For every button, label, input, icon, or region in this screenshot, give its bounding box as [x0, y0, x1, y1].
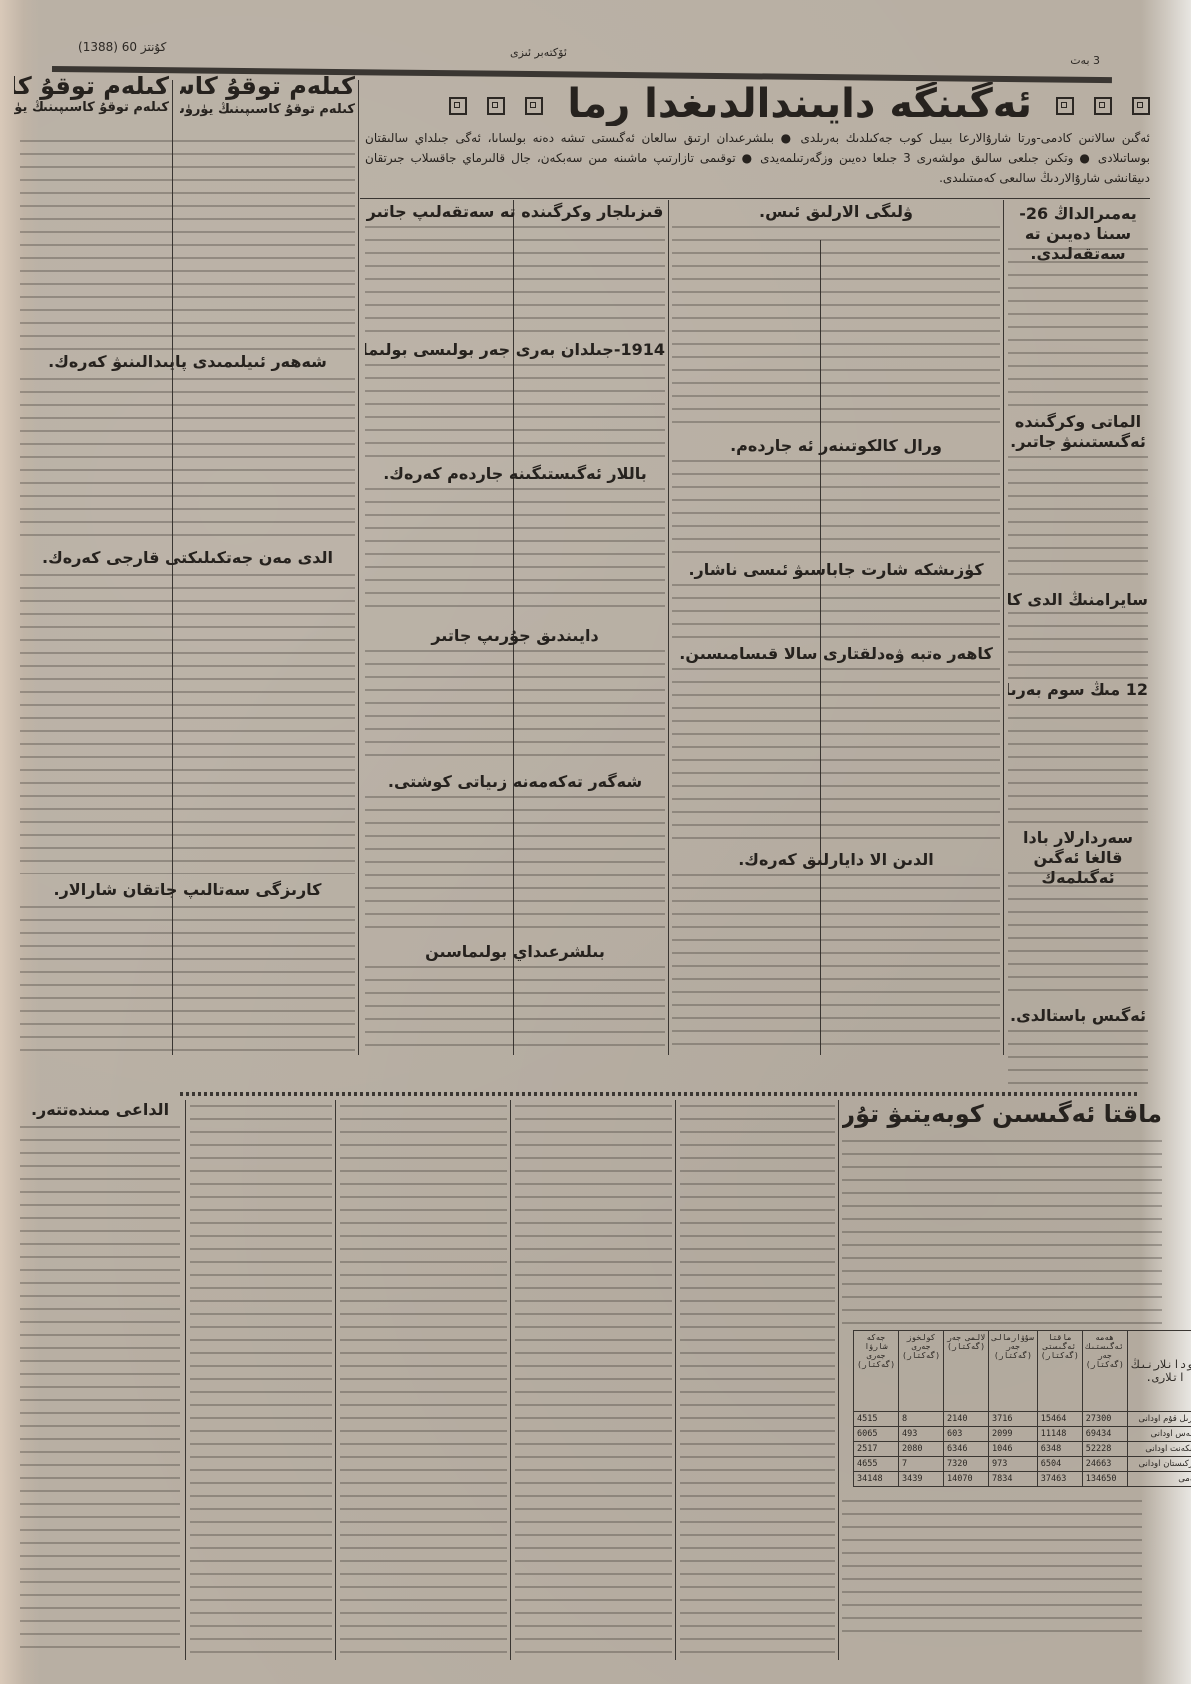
column-header: كولخوز جەرى (گەكتار) [899, 1331, 944, 1412]
article-body [672, 874, 1000, 1054]
row-label: قىزىل قۇم اودانى [1127, 1412, 1191, 1427]
ornament-box-icon [525, 97, 543, 115]
ornament-box-icon [1094, 97, 1112, 115]
column-divider [668, 200, 669, 1055]
article-body [672, 226, 1000, 431]
paper-name: ئۆكتەبر ئىزى [510, 46, 567, 59]
banner-summary: ئەگىن سالانىن كادمى-ورتا شارۇالارعا بىيى… [365, 128, 1150, 194]
ornament-box-icon [487, 97, 505, 115]
article-body [1008, 612, 1148, 682]
column-divider [838, 1100, 839, 1660]
column-divider [185, 1100, 186, 1660]
column-header: جەكە شارۋا جەرى (گەكتار) [854, 1331, 899, 1412]
table-row: 6065 493 603 2099 11148 69434 كىلەس اودا… [854, 1427, 1191, 1442]
article-body [190, 1105, 332, 1655]
article-heading: كارىزگى سەتالىپ جاتقان شارالار. [20, 880, 355, 900]
column-header: ھەمە ئەگىستىك جەر (گەكتار) [1082, 1331, 1127, 1412]
newspaper-page: كۇنتز 60 (1388) ئۆكتەبر ئىزى 3 بەت ئەگىن… [0, 0, 1191, 1684]
column-divider [1003, 200, 1004, 1055]
article-body [20, 378, 355, 538]
article-heading: كاھەر ەتبە ۋەدلقتارى سالا قىسامىسىن. [672, 644, 1000, 664]
article-body [672, 668, 1000, 843]
article-body [1008, 872, 1148, 1002]
article-body [365, 796, 665, 936]
article-body [365, 364, 665, 459]
row-label: كىلەس اودانى [1127, 1427, 1191, 1442]
article-heading: الدىن الا دايارلىق كەرەك. [672, 850, 1000, 870]
article-carpet: كىلەم توقۇ كاسىبى. كىلەم توقۇ كاسىپىنىڭ … [180, 72, 355, 120]
column-header: لالمى جەر (گەكتار) [944, 1331, 989, 1412]
column-divider [358, 80, 359, 1055]
article-body [20, 140, 355, 350]
section-divider-wavy [180, 1092, 1140, 1096]
article-body [365, 488, 665, 618]
article-body [680, 1105, 835, 1655]
page-number: 3 بەت [1070, 54, 1100, 67]
banner-title: ئەگىنگە دايىندالدىغدا رما [567, 82, 1032, 126]
article-heading: شەھەر ئىيلىمىدى پايىدالىنىۋ كەرەك. [20, 352, 355, 372]
banner-headline: ئەگىنگە دايىندالدىغدا رما [440, 82, 1160, 126]
article-body [842, 1500, 1142, 1640]
article-body [1008, 1030, 1148, 1085]
column-divider [675, 1100, 676, 1660]
article-heading: شەگەر تەكەمەنە زىياتى كوشتى. [365, 772, 665, 792]
table-row: 4655 7 7320 973 6504 24663 تۇركىستان اود… [854, 1457, 1191, 1472]
masthead: كۇنتز 60 (1388) ئۆكتەبر ئىزى 3 بەت [40, 30, 1140, 70]
article-heading: كۈزىشكە شارت جاباسىۋ ئىسى ناشار. [672, 560, 1000, 580]
row-label: جەمى [1127, 1472, 1191, 1487]
article-body [672, 460, 1000, 555]
article-heading: 12 مىڭ سوم بەرىلدى. [1008, 680, 1148, 700]
article-title: كىلەم توقۇ كاسىبى. [180, 72, 355, 100]
article-heading: ئەگىس باستالدى. [1008, 1006, 1148, 1026]
article-body [1008, 248, 1148, 408]
article-heading: 1914-جىلدان بەرى جەر بولىسى بولىماپ ئەكە… [365, 340, 665, 360]
column-divider [510, 1100, 511, 1660]
article-heading: دايىندىق جۇرىپ جاتىر [365, 626, 665, 646]
table-row: 2517 2080 6346 1046 6348 52228 سىكەنت او… [854, 1442, 1191, 1457]
banner-underline [360, 198, 1150, 199]
article-body [20, 1126, 180, 1656]
table-total-row: 34148 3439 14070 7834 37463 134650 جەمى [854, 1472, 1191, 1487]
article-subtitle: كىلەم توقۇ كاسىپىنىڭ يۈرۈشى جايى. [180, 100, 355, 120]
article-body [20, 906, 355, 1056]
table-header-row: جەكە شارۋا جەرى (گەكتار) كولخوز جەرى (گە… [854, 1331, 1191, 1412]
article-body [20, 574, 355, 874]
row-label: تۇركىستان اودانى [1127, 1457, 1191, 1472]
article-heading: ورال كالكوتىنەر ئە جاردەم. [672, 436, 1000, 456]
article-heading-cotton: ماقتا ئەگىسىن كوبەيتىۋ تۇرۇالى. [842, 1100, 1162, 1128]
article-heading: بىلشرعىداي بولىماسىن [365, 942, 665, 962]
article-body [515, 1105, 672, 1655]
column-divider [335, 1100, 336, 1660]
article-heading: ۋلىگى الارلىق ئىس. [672, 202, 1000, 222]
ornament-box-icon [1132, 97, 1150, 115]
ornament-box-icon [1056, 97, 1074, 115]
ornament-box-icon [449, 97, 467, 115]
column-header: ماقتا ئەگىستى (گەكتار) [1037, 1331, 1082, 1412]
article-heading: الدى مەن جەتكىلىكتى قارجى كەرەك. [20, 548, 355, 568]
article-body [365, 650, 665, 760]
table-row: 4515 8 2140 3716 15464 27300 قىزىل قۇم ا… [854, 1412, 1191, 1427]
statistics-table: جەكە شارۋا جەرى (گەكتار) كولخوز جەرى (گە… [853, 1330, 1191, 1487]
article-body [1008, 704, 1148, 824]
article-body [672, 584, 1000, 640]
article-carpet-title-cont: كىلەم توقۇ كاسىبى. كىلەم توقۇ كاسىپىنىڭ … [14, 72, 169, 115]
article-body [365, 226, 665, 336]
article-body [842, 1140, 1162, 1325]
row-label: سىكەنت اودانى [1127, 1442, 1191, 1457]
article-heading: سايرامنىڭ الدى كادمى. [1008, 590, 1148, 610]
table-title: اودانلارنىڭ اتلارى. [1127, 1331, 1191, 1412]
article-heading: قىزىلجار وكرگىندە تە سەتقەلىپ جاتىر [365, 202, 665, 222]
column-header: سۇۋارمالى جەر (گەكتار) [989, 1331, 1038, 1412]
article-body [340, 1105, 507, 1655]
article-body [1008, 456, 1148, 586]
article-heading: الداعى مىندەتتەر. [20, 1100, 180, 1120]
article-body [365, 966, 665, 1054]
issue-number: كۇنتز 60 (1388) [78, 40, 166, 54]
article-heading: الماتى وكرگىندە ئەگىستىنىۋ جاتىر. [1008, 412, 1148, 452]
article-heading: باللار ئەگىستىگىنە جاردەم كەرەك. [365, 464, 665, 484]
